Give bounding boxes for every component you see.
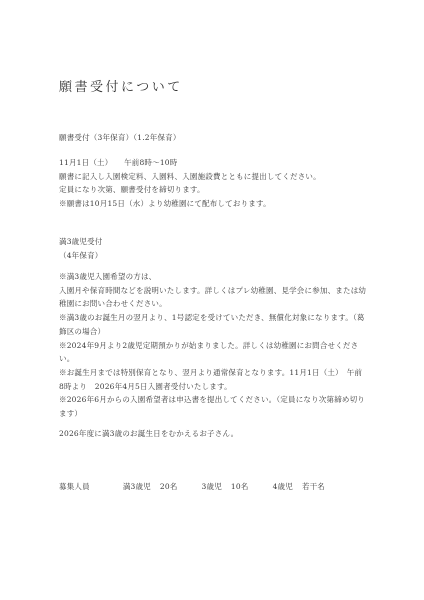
section-intro-body: 11月1日（土） 午前8時～10時 願書に記入し入園検定料、入園料、入園施設費と… xyxy=(59,156,321,211)
intro-heading-text: 願書受付（3年保育）（1.2年保育） xyxy=(59,131,181,145)
recruitment-label: 募集人員 xyxy=(59,480,90,494)
text-line: ※2024年9月より2歳児定期預かりが始まりました。詳しくは幼稚園にお問合せくだ… xyxy=(59,339,366,353)
text-line: 11月1日（土） 午前8時～10時 xyxy=(59,156,321,170)
age3-subheading-text: （4年保育） xyxy=(59,249,102,263)
section-intro-heading: 願書受付（3年保育）（1.2年保育） xyxy=(59,131,181,145)
count-label: 若干名 xyxy=(302,480,325,494)
text-line: 願書に記入し入園検定料、入園料、入園施設費とともに提出してください。 xyxy=(59,170,321,184)
section-age3-heading: 満3歳児受付 （4年保育） xyxy=(59,235,102,262)
age3-heading-text: 満3歳児受付 xyxy=(59,235,102,249)
document-title: 願書受付について xyxy=(59,78,183,98)
document-page: 願書受付について 願書受付（3年保育）（1.2年保育） 11月1日（土） 午前8… xyxy=(0,0,424,600)
text-line: ます） xyxy=(59,407,366,421)
text-line: ※満3歳児入園希望の方は、 xyxy=(59,270,366,284)
recruitment-row: 募集人員 満3歳児 20名 3歳児 10名 4歳児 若干名 xyxy=(59,480,349,494)
eligibility-text: 2026年度に満3歳のお誕生日をむかえるお子さん。 xyxy=(59,427,238,441)
grade-label: 3歳児 xyxy=(202,480,222,494)
text-line: ※2026年6月からの入園希望者は申込書を提出してください。（定員になり次第締め… xyxy=(59,393,366,407)
grade-label: 4歳児 xyxy=(273,480,293,494)
text-line: い。 xyxy=(59,352,366,366)
recruitment-item: 4歳児 若干名 xyxy=(273,480,325,494)
section-age3-body: ※満3歳児入園希望の方は、 入園月や保育時間などを説明いたします。詳しくはプレ幼… xyxy=(59,270,366,421)
text-line: 入園月や保育時間などを説明いたします。詳しくはプレ幼稚園、見学会に参加、または幼 xyxy=(59,284,366,298)
text-line: 8時より 2026年4月5日入園者受付いたします。 xyxy=(59,380,366,394)
text-line: 稚園にお問い合わせください。 xyxy=(59,297,366,311)
count-label: 20名 xyxy=(160,480,178,494)
recruitment-item: 3歳児 10名 xyxy=(202,480,249,494)
eligibility-note: 2026年度に満3歳のお誕生日をむかえるお子さん。 xyxy=(59,427,238,441)
text-line: 定員になり次第、願書受付を締切ります。 xyxy=(59,183,321,197)
text-line: ※願書は10月15日（水）より幼稚園にて配布しております。 xyxy=(59,197,321,211)
text-line: 飾区の場合） xyxy=(59,325,366,339)
recruitment-item: 満3歳児 20名 xyxy=(123,480,178,494)
grade-label: 満3歳児 xyxy=(123,480,151,494)
text-line: ※お誕生月までは特別保育となり、翌月より通常保育となります。11月1日（土） 午… xyxy=(59,366,366,380)
count-label: 10名 xyxy=(231,480,249,494)
text-line: ※満3歳のお誕生月の翌月より、1号認定を受けていただき、無償化対象になります。（… xyxy=(59,311,366,325)
